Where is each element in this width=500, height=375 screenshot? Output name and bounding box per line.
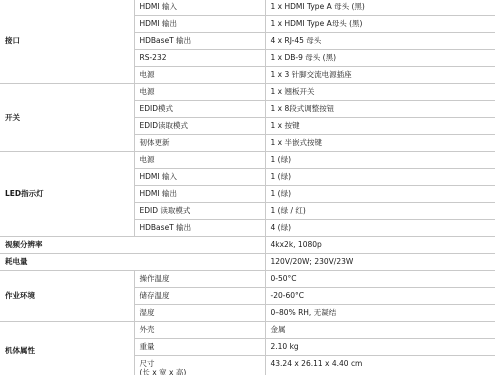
spec-label: 韧体更新 xyxy=(134,134,265,151)
table-row: 视频分辨率 4kx2k, 1080p xyxy=(0,236,495,253)
spec-value: 4 (绿) xyxy=(265,219,495,236)
spec-label-dimensions: 尺寸 (长 x 宽 x 高) xyxy=(134,355,265,375)
category-environment: 作业环境 xyxy=(0,270,134,321)
table-row: 耗电量 120V/20W; 230V/23W xyxy=(0,253,495,270)
category-led-indicators: LED指示灯 xyxy=(0,151,134,236)
spec-label: 外壳 xyxy=(134,321,265,338)
spec-value: 1 x DB-9 母头 (黑) xyxy=(265,49,495,66)
table-row: 开关 电源 1 x 翘板开关 xyxy=(0,83,495,100)
table-row: 接口 HDMI 输入 1 x HDMI Type A 母头 (黑) xyxy=(0,0,495,15)
spec-label: RS-232 xyxy=(134,49,265,66)
spec-label: 重量 xyxy=(134,338,265,355)
spec-value: 1 x 半嵌式按键 xyxy=(265,134,495,151)
spec-label: HDMI 输出 xyxy=(134,185,265,202)
table-row: 作业环境 操作温度 0-50°C xyxy=(0,270,495,287)
spec-label: 电源 xyxy=(134,151,265,168)
category-ports: 接口 xyxy=(0,0,134,83)
spec-value: 1 x 按键 xyxy=(265,117,495,134)
spec-label: 尺寸 xyxy=(140,359,265,368)
table-row: LED指示灯 电源 1 (绿) xyxy=(0,151,495,168)
spec-label: EDID模式 xyxy=(134,100,265,117)
spec-value: 43.24 x 26.11 x 4.40 cm xyxy=(265,355,495,375)
spec-value: 1 (绿) xyxy=(265,185,495,202)
spec-label: HDMI 输出 xyxy=(134,15,265,32)
spec-label: 储存温度 xyxy=(134,287,265,304)
table-row: 机体属性 外壳 金属 xyxy=(0,321,495,338)
spec-value: 120V/20W; 230V/23W xyxy=(265,253,495,270)
spec-label: EDID读取模式 xyxy=(134,117,265,134)
spec-label: 湿度 xyxy=(134,304,265,321)
spec-value: 1 x HDMI Type A 母头 (黑) xyxy=(265,0,495,15)
spec-value: 2.10 kg xyxy=(265,338,495,355)
spec-label: HDMI 输入 xyxy=(134,0,265,15)
spec-value: 金属 xyxy=(265,321,495,338)
spec-value: 0-50°C xyxy=(265,270,495,287)
category-power-consumption: 耗电量 xyxy=(0,253,265,270)
spec-label: HDMI 输入 xyxy=(134,168,265,185)
spec-value: 4 x RJ-45 母头 xyxy=(265,32,495,49)
spec-value: -20-60°C xyxy=(265,287,495,304)
spec-label: 电源 xyxy=(134,66,265,83)
spec-label: EDID 读取模式 xyxy=(134,202,265,219)
spec-value: 0–80% RH, 无凝结 xyxy=(265,304,495,321)
category-physical-properties: 机体属性 xyxy=(0,321,134,375)
spec-table: 接口 HDMI 输入 1 x HDMI Type A 母头 (黑) HDMI 输… xyxy=(0,0,495,375)
spec-value: 1 x HDMI Type A母头 (黑) xyxy=(265,15,495,32)
spec-value: 1 x 8段式调整按钮 xyxy=(265,100,495,117)
spec-value: 1 x 翘板开关 xyxy=(265,83,495,100)
category-video-resolution: 视频分辨率 xyxy=(0,236,265,253)
spec-label: HDBaseT 输出 xyxy=(134,219,265,236)
spec-label: HDBaseT 输出 xyxy=(134,32,265,49)
spec-value: 1 x 3 针脚交流电源插座 xyxy=(265,66,495,83)
category-switches: 开关 xyxy=(0,83,134,151)
spec-label: 操作温度 xyxy=(134,270,265,287)
spec-value: 1 (绿) xyxy=(265,151,495,168)
spec-label: 电源 xyxy=(134,83,265,100)
spec-value: 1 (绿 / 红) xyxy=(265,202,495,219)
spec-label-units: (长 x 宽 x 高) xyxy=(140,368,265,375)
spec-value: 4kx2k, 1080p xyxy=(265,236,495,253)
spec-value: 1 (绿) xyxy=(265,168,495,185)
